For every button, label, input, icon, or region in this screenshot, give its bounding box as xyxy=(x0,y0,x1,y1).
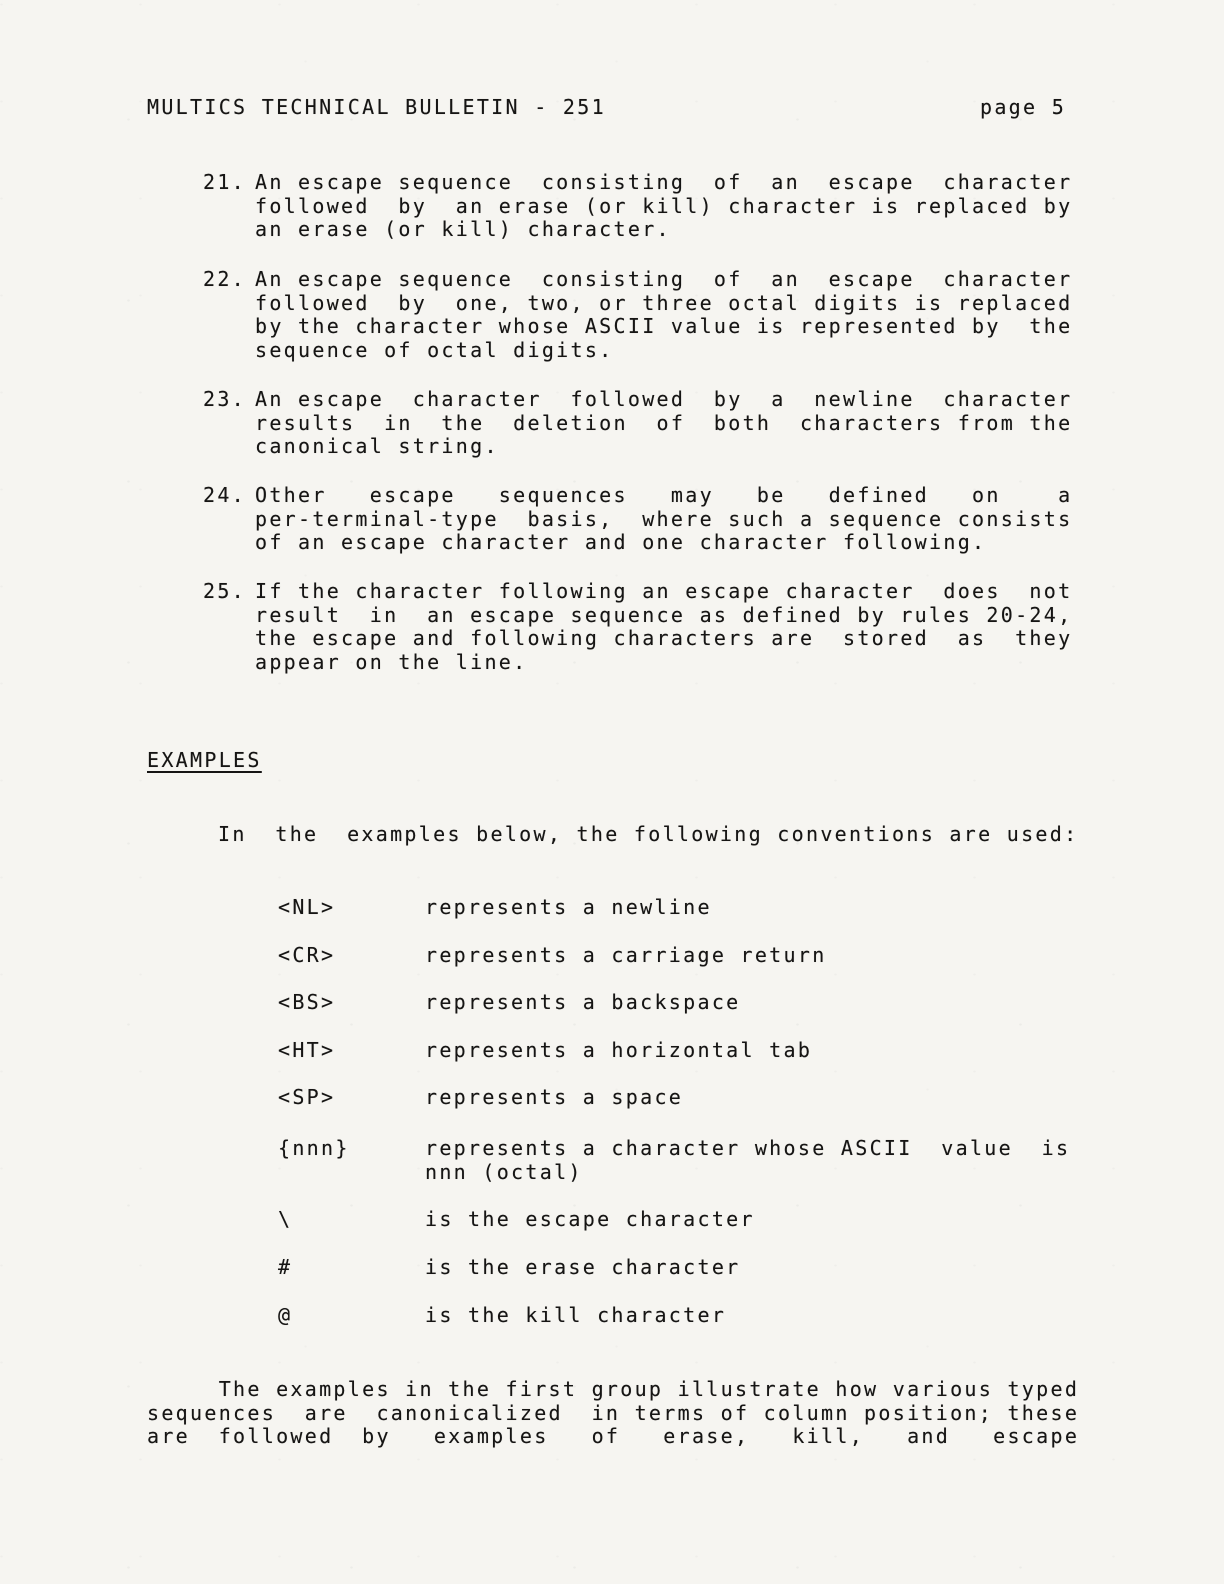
convention-symbol: # xyxy=(278,1256,292,1280)
convention-description: represents a character whose ASCII value… xyxy=(425,1137,1070,1184)
rule-number: 24. xyxy=(203,484,246,508)
convention-symbol: <NL> xyxy=(278,896,335,920)
examples-heading: EXAMPLES xyxy=(147,749,262,773)
convention-symbol: <CR> xyxy=(278,944,335,968)
convention-symbol: <BS> xyxy=(278,991,335,1015)
closing-paragraph: The examples in the first group illustra… xyxy=(147,1378,1079,1449)
convention-symbol: {nnn} xyxy=(278,1137,350,1161)
rule-text: An escape sequence consisting of an esca… xyxy=(255,268,1072,363)
document-title: MULTICS TECHNICAL BULLETIN - 251 xyxy=(147,96,606,120)
convention-description: represents a carriage return xyxy=(425,944,827,968)
rule-number: 22. xyxy=(203,268,246,292)
rule-text: If the character following an escape cha… xyxy=(255,580,1072,675)
convention-description: represents a space xyxy=(425,1086,683,1110)
convention-symbol: <HT> xyxy=(278,1039,335,1063)
rule-number: 21. xyxy=(203,171,246,195)
convention-description: is the kill character xyxy=(425,1304,726,1328)
rule-text: Other escape sequences may be defined on… xyxy=(255,484,1072,555)
examples-intro: In the examples below, the following con… xyxy=(218,823,1078,847)
convention-description: represents a newline xyxy=(425,896,712,920)
convention-description: represents a backspace xyxy=(425,991,741,1015)
rule-text: An escape sequence consisting of an esca… xyxy=(255,171,1072,242)
document-page: MULTICS TECHNICAL BULLETIN - 251 page 5 … xyxy=(0,0,1224,1584)
page-number: page 5 xyxy=(980,96,1066,120)
convention-description: is the erase character xyxy=(425,1256,741,1280)
convention-description: represents a horizontal tab xyxy=(425,1039,812,1063)
rule-number: 23. xyxy=(203,388,246,412)
convention-description: is the escape character xyxy=(425,1208,755,1232)
rule-number: 25. xyxy=(203,580,246,604)
convention-symbol: \ xyxy=(278,1208,292,1232)
convention-symbol: @ xyxy=(278,1304,292,1328)
convention-symbol: <SP> xyxy=(278,1086,335,1110)
rule-text: An escape character followed by a newlin… xyxy=(255,388,1072,459)
